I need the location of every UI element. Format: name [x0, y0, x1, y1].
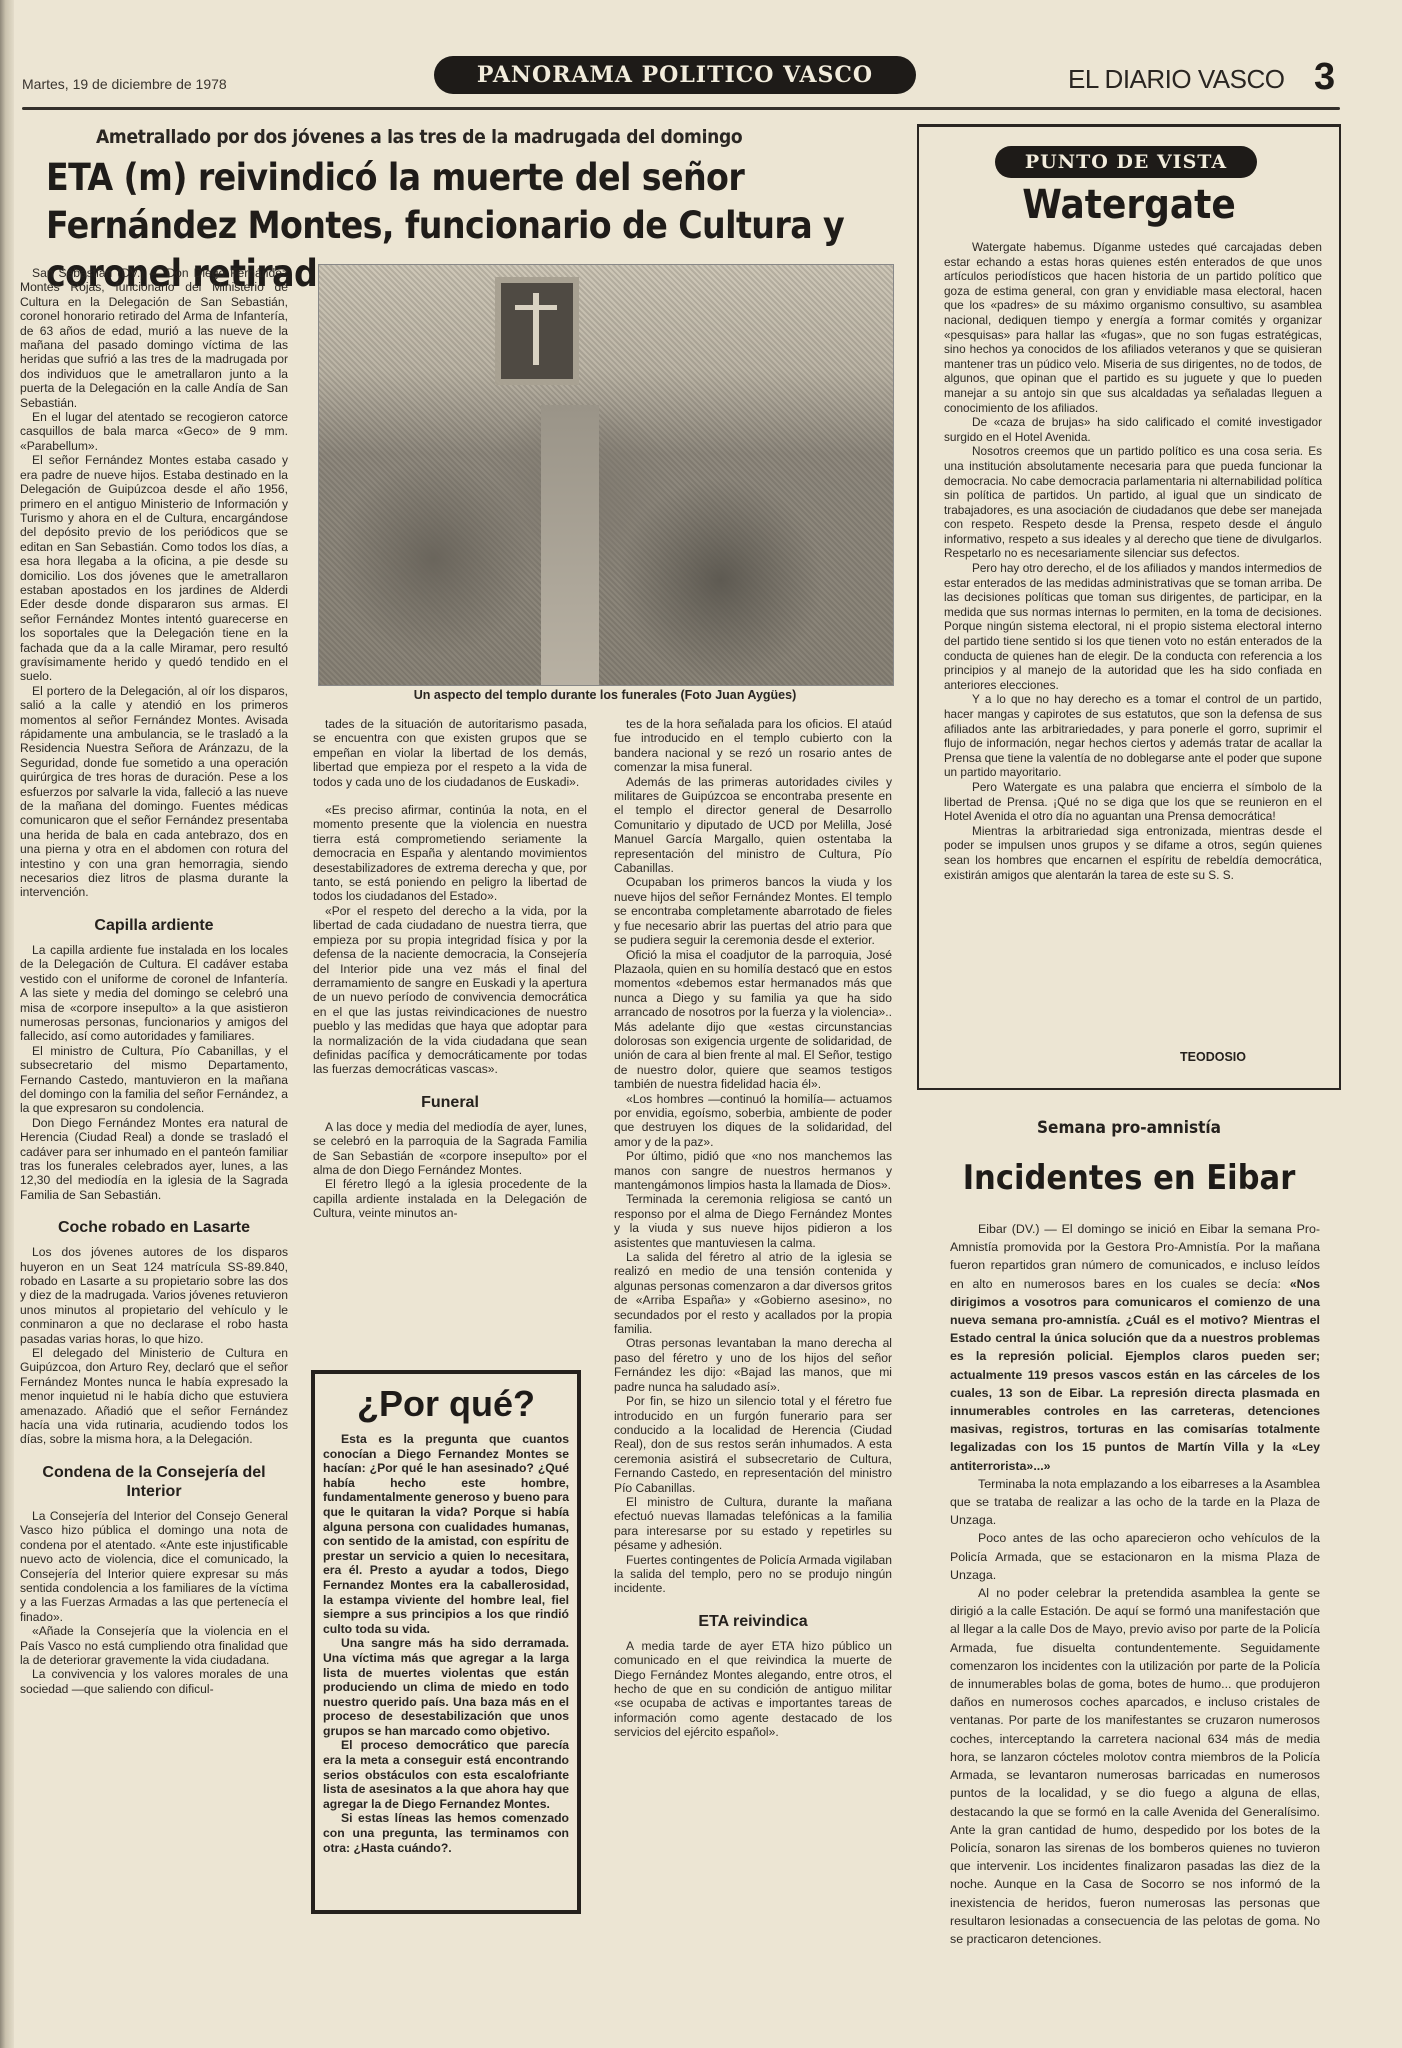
- paragraph: El delegado del Ministerio de Cultura en…: [20, 1346, 288, 1447]
- paragraph: Otras personas levantaban la mano derech…: [614, 1336, 892, 1394]
- paragraph: En el lugar del atentado se recogieron c…: [20, 410, 288, 453]
- paragraph: Eibar (DV.) — El domingo se inició en Ei…: [950, 1220, 1320, 1475]
- paragraph: El féretro llegó a la iglesia procedente…: [313, 1177, 587, 1220]
- paragraph: Por último, pidió que «no nos manchemos …: [614, 1149, 892, 1192]
- watergate-title: Watergate: [917, 182, 1341, 228]
- paragraph: Si estas líneas las hemos comenzado con …: [323, 1811, 569, 1855]
- paragraph: Mientras la arbitrariedad siga entroniza…: [944, 824, 1322, 882]
- paragraph: El portero de la Delegación, al oír los …: [20, 684, 288, 900]
- paragraph: tes de la hora señalada para los oficios…: [614, 717, 892, 775]
- eibar-headline: Incidentes en Eibar: [917, 1158, 1341, 1198]
- eibar-body: Eibar (DV.) — El domingo se inició en Ei…: [950, 1220, 1320, 1948]
- eibar-intro: Eibar (DV.) — El domingo se inició en Ei…: [950, 1222, 1320, 1291]
- paragraph: «Añade la Consejería que la violencia en…: [20, 1624, 288, 1667]
- paragraph: El ministro de Cultura, Pío Cabanillas, …: [20, 1044, 288, 1116]
- porque-editorial-box: ¿Por qué? Esta es la pregunta que cuanto…: [311, 1370, 581, 1914]
- main-article-column-1: San Sebastián (DV.) — Don Diego Fernánde…: [20, 266, 288, 1696]
- eibar-kicker: Semana pro-amnistía: [917, 1118, 1341, 1138]
- church-aisle: [541, 405, 599, 685]
- paragraph: Por fin, se hizo un silencio total y el …: [614, 1394, 892, 1495]
- issue-date: Martes, 19 de diciembre de 1978: [22, 76, 227, 92]
- main-article-kicker: Ametrallado por dos jóvenes a las tres d…: [96, 126, 742, 148]
- author-signature: TEODOSIO: [1180, 1050, 1246, 1064]
- paragraph: Una sangre más ha sido derramada. Una ví…: [323, 1636, 569, 1738]
- paragraph: El proceso democrático que parecía era l…: [323, 1738, 569, 1811]
- paragraph: El señor Fernández Montes estaba casado …: [20, 453, 288, 684]
- page-number: 3: [1314, 56, 1335, 99]
- paragraph: Terminada la ceremonia religiosa se cant…: [614, 1192, 892, 1250]
- paragraph: Fuertes contingentes de Policía Armada v…: [614, 1553, 892, 1596]
- newspaper-name: EL DIARIO VASCO: [1068, 64, 1284, 95]
- paragraph: La Consejería del Interior del Consejo G…: [20, 1509, 288, 1624]
- page-fold-shadow: [0, 0, 14, 2048]
- paragraph: Watergate habemus. Díganme ustedes qué c…: [944, 240, 1322, 415]
- punto-de-vista-label: PUNTO DE VISTA: [995, 146, 1257, 178]
- paragraph: Nosotros creemos que un partido político…: [944, 444, 1322, 561]
- paragraph: Al no poder celebrar la pretendida asamb…: [950, 1584, 1320, 1948]
- subheading-coche-robado: Coche robado en Lasarte: [20, 1218, 288, 1237]
- paragraph: «Es preciso afirmar, continúa la nota, e…: [313, 803, 587, 904]
- paragraph: La convivencia y los valores morales de …: [20, 1667, 288, 1696]
- section-banner: PANORAMA POLITICO VASCO: [434, 56, 916, 94]
- subheading-condena-consejeria: Condena de la Consejería del Interior: [20, 1463, 288, 1501]
- subheading-capilla-ardiente: Capilla ardiente: [20, 916, 288, 935]
- subheading-funeral: Funeral: [313, 1093, 587, 1112]
- paragraph: Esta es la pregunta que cuantos conocían…: [323, 1432, 569, 1636]
- paragraph: Pero hay otro derecho, el de los afiliad…: [944, 561, 1322, 692]
- paragraph: La capilla ardiente fue instalada en los…: [20, 943, 288, 1044]
- subheading-eta-reivindica: ETA reivindica: [614, 1612, 892, 1631]
- paragraph: Además de las primeras autoridades civil…: [614, 775, 892, 876]
- crucifix-icon: [495, 277, 579, 385]
- paragraph: «Los hombres —continuó la homilía— actua…: [614, 1092, 892, 1150]
- paragraph: Ocupaban los primeros bancos la viuda y …: [614, 875, 892, 947]
- paragraph: Los dos jóvenes autores de los disparos …: [20, 1245, 288, 1346]
- paragraph: Terminaba la nota emplazando a los eibar…: [950, 1475, 1320, 1530]
- photo-caption: Un aspecto del templo durante los funera…: [318, 688, 892, 702]
- paragraph: Ofició la misa el coadjutor de la parroq…: [614, 948, 892, 1092]
- main-article-column-3: tes de la hora señalada para los oficios…: [614, 717, 892, 1740]
- paragraph: El ministro de Cultura, durante la mañan…: [614, 1495, 892, 1553]
- eibar-quote: «Nos dirigimos a vosotros para comunicar…: [950, 1277, 1320, 1473]
- paragraph: A media tarde de ayer ETA hizo público u…: [614, 1639, 892, 1740]
- porque-title: ¿Por qué?: [323, 1384, 569, 1424]
- paragraph: «Por el respeto del derecho a la vida, p…: [313, 904, 587, 1077]
- paragraph: De «caza de brujas» ha sido calificado e…: [944, 415, 1322, 444]
- paragraph: A las doce y media del mediodía de ayer,…: [313, 1120, 587, 1178]
- paragraph: Don Diego Fernández Montes era natural d…: [20, 1116, 288, 1202]
- watergate-body: Watergate habemus. Díganme ustedes qué c…: [944, 240, 1322, 882]
- paragraph: Y a lo que no hay derecho es a tomar el …: [944, 692, 1322, 780]
- paragraph: San Sebastián (DV.) — Don Diego Fernánde…: [20, 266, 288, 410]
- paragraph: Poco antes de las ocho aparecieron ocho …: [950, 1529, 1320, 1584]
- porque-body: Esta es la pregunta que cuantos conocían…: [323, 1432, 569, 1855]
- paragraph: Pero Watergate es una palabra que encier…: [944, 780, 1322, 824]
- paragraph: La salida del féretro al atrio de la igl…: [614, 1250, 892, 1336]
- paragraph: tades de la situación de autoritarismo p…: [313, 717, 587, 789]
- main-article-column-2: tades de la situación de autoritarismo p…: [313, 717, 587, 1221]
- masthead-rule: [22, 107, 1340, 110]
- funeral-photo: [318, 264, 894, 686]
